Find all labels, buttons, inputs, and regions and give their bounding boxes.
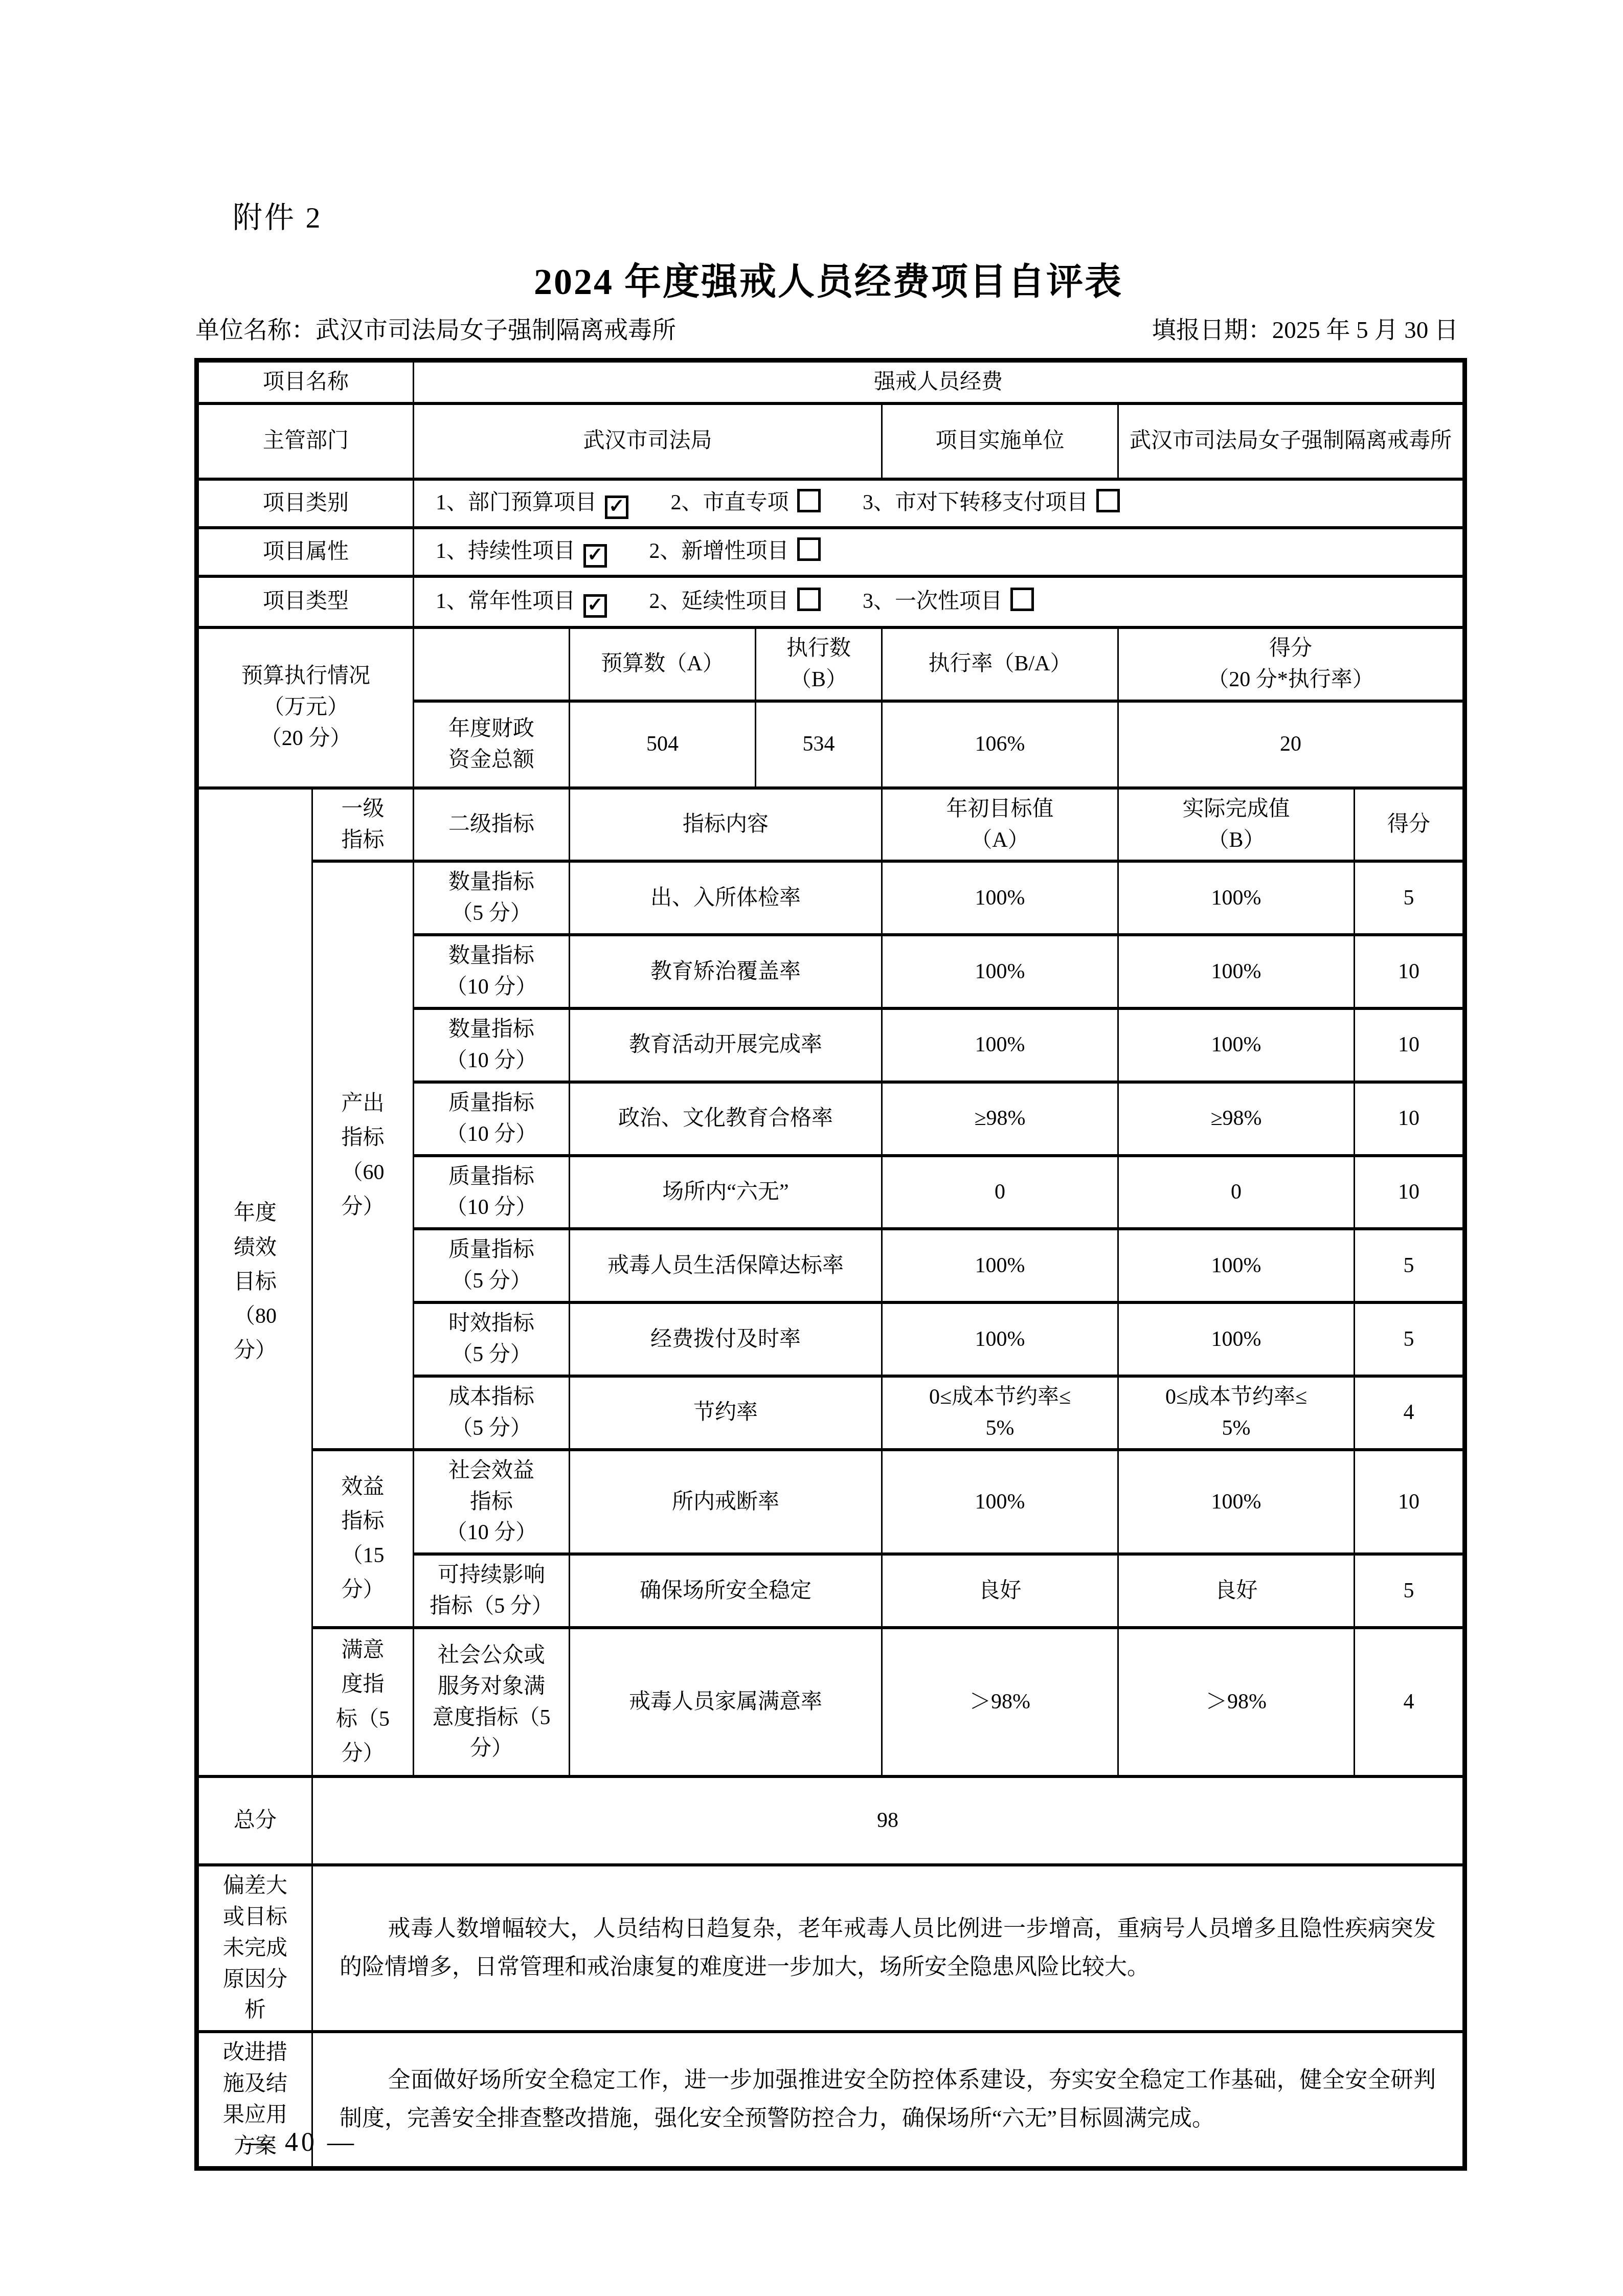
actual-header: 实际完成值 （B） — [1118, 788, 1355, 862]
option-extension-project: 2、延续性项目 — [649, 590, 821, 613]
score-value: 10 — [1355, 935, 1465, 1008]
option-continuing-project: 1、持续性项目✓ — [436, 539, 607, 563]
attribute-options: 1、持续性项目✓ 2、新增性项目 — [414, 528, 1465, 576]
score-value: 5 — [1355, 1302, 1465, 1376]
secondary-indicator: 社会效益 指标 （10 分） — [414, 1450, 570, 1555]
checkbox-checked-icon: ✓ — [583, 594, 607, 618]
table-row: 改进措 施及结 果应用 方案 全面做好场所安全稳定工作，进一步加强推进安全防控体… — [197, 2032, 1465, 2168]
table-row: 项目类别 1、部门预算项目✓ 2、市直专项 3、市对下转移支付项目 — [197, 479, 1465, 528]
indicator-content: 所内戒断率 — [570, 1450, 882, 1555]
secondary-indicator: 数量指标 （10 分） — [414, 1008, 570, 1082]
indicator-content: 戒毒人员家属满意率 — [570, 1628, 882, 1776]
secondary-indicator: 数量指标 （10 分） — [414, 935, 570, 1008]
option-dept-budget-project: 1、部门预算项目✓ — [436, 491, 628, 514]
project-name-label: 项目名称 — [197, 361, 414, 403]
option-transfer-payment: 3、市对下转移支付项目 — [863, 491, 1120, 514]
target-value: 100% — [882, 861, 1118, 935]
table-row: 满意 度指 标（5 分） 社会公众或 服务对象满 意度指标（5 分） 戒毒人员家… — [197, 1628, 1465, 1776]
secondary-indicator-header: 二级指标 — [414, 788, 570, 862]
score-value: 10 — [1355, 1082, 1465, 1156]
impl-unit-label: 项目实施单位 — [882, 403, 1118, 479]
category-options: 1、部门预算项目✓ 2、市直专项 3、市对下转移支付项目 — [414, 479, 1465, 528]
budget-score-value: 20 — [1118, 701, 1465, 788]
indicator-content: 节约率 — [570, 1376, 882, 1450]
table-row: 偏差大 或目标 未完成 原因分 析 戒毒人数增幅较大，人员结构日趋复杂，老年戒毒… — [197, 1865, 1465, 2032]
secondary-indicator: 数量指标 （5 分） — [414, 861, 570, 935]
actual-value: 100% — [1118, 935, 1355, 1008]
actual-value: 100% — [1118, 1008, 1355, 1082]
score-value: 5 — [1355, 861, 1465, 935]
budget-col-header: 预算数（A） — [570, 627, 756, 701]
budget-value: 504 — [570, 701, 756, 788]
target-header: 年初目标值 （A） — [882, 788, 1118, 862]
project-name-value: 强戒人员经费 — [414, 361, 1465, 403]
score-value: 5 — [1355, 1554, 1465, 1628]
budget-execution-label: 预算执行情况 （万元） （20 分） — [197, 627, 414, 788]
total-score-value: 98 — [312, 1776, 1465, 1865]
category-label: 项目类别 — [197, 479, 414, 528]
actual-value: ＞98% — [1118, 1628, 1355, 1776]
dept-label: 主管部门 — [197, 403, 414, 479]
primary-indicator-header: 一级 指标 — [312, 788, 414, 862]
secondary-indicator: 可持续影响 指标（5 分） — [414, 1554, 570, 1628]
actual-value: 0 — [1118, 1156, 1355, 1229]
indicator-content: 场所内“六无” — [570, 1156, 882, 1229]
page-title: 2024 年度强戒人员经费项目自评表 — [194, 252, 1462, 305]
table-row: 主管部门 武汉市司法局 项目实施单位 武汉市司法局女子强制隔离戒毒所 — [197, 403, 1465, 479]
secondary-indicator: 社会公众或 服务对象满 意度指标（5 分） — [414, 1628, 570, 1776]
exec-col-header: 执行数 （B） — [756, 627, 882, 701]
actual-value: 良好 — [1118, 1554, 1355, 1628]
target-value: 100% — [882, 1450, 1118, 1555]
indicator-content: 政治、文化教育合格率 — [570, 1082, 882, 1156]
secondary-indicator: 质量指标 （10 分） — [414, 1156, 570, 1229]
checkbox-icon — [797, 537, 821, 561]
checkbox-icon — [1010, 588, 1034, 611]
table-row: 项目类型 1、常年性项目✓ 2、延续性项目 3、一次性项目 — [197, 576, 1465, 627]
impl-unit-value: 武汉市司法局女子强制隔离戒毒所 — [1118, 403, 1465, 479]
indicator-content: 确保场所安全稳定 — [570, 1554, 882, 1628]
attachment-label: 附件 2 — [233, 193, 323, 236]
annual-fund-label: 年度财政 资金总额 — [414, 701, 570, 788]
page-number: — 40 — — [245, 2127, 357, 2157]
actual-value: ≥98% — [1118, 1082, 1355, 1156]
score-value: 10 — [1355, 1008, 1465, 1082]
rate-value: 106% — [882, 701, 1118, 788]
document-page: 附件 2 2024 年度强戒人员经费项目自评表 单位名称：武汉市司法局女子强制隔… — [0, 0, 1623, 2296]
target-value: 100% — [882, 1229, 1118, 1302]
rate-col-header: 执行率（B/A） — [882, 627, 1118, 701]
score-header: 得分 — [1355, 788, 1465, 862]
satisfaction-indicator-group: 满意 度指 标（5 分） — [312, 1628, 414, 1776]
option-city-special: 2、市直专项 — [671, 491, 821, 514]
deviation-analysis-text: 戒毒人数增幅较大，人员结构日趋复杂，老年戒毒人员比例进一步增高，重病号人员增多且… — [312, 1865, 1465, 2032]
actual-value: 100% — [1118, 1229, 1355, 1302]
table-row: 总分 98 — [197, 1776, 1465, 1865]
indicator-content: 教育矫治覆盖率 — [570, 935, 882, 1008]
actual-value: 0≤成本节约率≤ 5% — [1118, 1376, 1355, 1450]
secondary-indicator: 时效指标 （5 分） — [414, 1302, 570, 1376]
target-value: 100% — [882, 1008, 1118, 1082]
checkbox-icon — [797, 588, 821, 611]
secondary-indicator: 成本指标 （5 分） — [414, 1376, 570, 1450]
total-score-label: 总分 — [197, 1776, 312, 1865]
budget-empty-cell — [414, 627, 570, 701]
score-value: 10 — [1355, 1156, 1465, 1229]
self-evaluation-table: 项目名称 强戒人员经费 主管部门 武汉市司法局 项目实施单位 武汉市司法局女子强… — [194, 358, 1467, 2171]
improvement-plan-text: 全面做好场所安全稳定工作，进一步加强推进安全防控体系建设，夯实安全稳定工作基础，… — [312, 2032, 1465, 2168]
table-row: 项目属性 1、持续性项目✓ 2、新增性项目 — [197, 528, 1465, 576]
secondary-indicator: 质量指标 （10 分） — [414, 1082, 570, 1156]
score-value: 4 — [1355, 1376, 1465, 1450]
option-perennial-project: 1、常年性项目✓ — [436, 590, 607, 613]
output-indicator-group: 产出 指标 （60 分） — [312, 861, 414, 1449]
actual-value: 100% — [1118, 861, 1355, 935]
table-row: 产出 指标 （60 分） 数量指标 （5 分） 出、入所体检率 100% 100… — [197, 861, 1465, 935]
target-value: 100% — [882, 935, 1118, 1008]
target-value: ≥98% — [882, 1082, 1118, 1156]
exec-value: 534 — [756, 701, 882, 788]
score-value: 10 — [1355, 1450, 1465, 1555]
secondary-indicator: 质量指标 （5 分） — [414, 1229, 570, 1302]
table-row: 年度 绩效 目标 （80 分） 一级 指标 二级指标 指标内容 年初目标值 （A… — [197, 788, 1465, 862]
target-value: 0≤成本节约率≤ 5% — [882, 1376, 1118, 1450]
unit-name: 单位名称：武汉市司法局女子强制隔离戒毒所 — [195, 311, 676, 345]
checkbox-checked-icon: ✓ — [583, 544, 607, 568]
dept-value: 武汉市司法局 — [414, 403, 882, 479]
score-value: 4 — [1355, 1628, 1465, 1776]
benefit-indicator-group: 效益 指标 （15 分） — [312, 1450, 414, 1628]
actual-value: 100% — [1118, 1302, 1355, 1376]
deviation-analysis-label: 偏差大 或目标 未完成 原因分 析 — [197, 1865, 312, 2032]
attribute-label: 项目属性 — [197, 528, 414, 576]
target-value: 100% — [882, 1302, 1118, 1376]
actual-value: 100% — [1118, 1450, 1355, 1555]
table-row: 预算执行情况 （万元） （20 分） 预算数（A） 执行数 （B） 执行率（B/… — [197, 627, 1465, 701]
indicator-content-header: 指标内容 — [570, 788, 882, 862]
type-label: 项目类型 — [197, 576, 414, 627]
meta-row: 单位名称：武汉市司法局女子强制隔离戒毒所 填报日期：2025 年 5 月 30 … — [195, 311, 1458, 345]
table-row: 效益 指标 （15 分） 社会效益 指标 （10 分） 所内戒断率 100% 1… — [197, 1450, 1465, 1555]
target-value: 良好 — [882, 1554, 1118, 1628]
indicator-content: 经费拨付及时率 — [570, 1302, 882, 1376]
annual-performance-label: 年度 绩效 目标 （80 分） — [197, 788, 312, 1776]
checkbox-icon — [1096, 489, 1120, 512]
option-onetime-project: 3、一次性项目 — [863, 590, 1034, 613]
indicator-content: 出、入所体检率 — [570, 861, 882, 935]
checkbox-icon — [797, 489, 821, 512]
table-row: 项目名称 强戒人员经费 — [197, 361, 1465, 403]
target-value: 0 — [882, 1156, 1118, 1229]
report-date: 填报日期：2025 年 5 月 30 日 — [1152, 311, 1458, 345]
option-new-project: 2、新增性项目 — [649, 539, 821, 563]
indicator-content: 戒毒人员生活保障达标率 — [570, 1229, 882, 1302]
checkbox-checked-icon: ✓ — [605, 496, 628, 519]
type-options: 1、常年性项目✓ 2、延续性项目 3、一次性项目 — [414, 576, 1465, 627]
indicator-content: 教育活动开展完成率 — [570, 1008, 882, 1082]
target-value: ＞98% — [882, 1628, 1118, 1776]
score-value: 5 — [1355, 1229, 1465, 1302]
score-col-header: 得分 （20 分*执行率） — [1118, 627, 1465, 701]
